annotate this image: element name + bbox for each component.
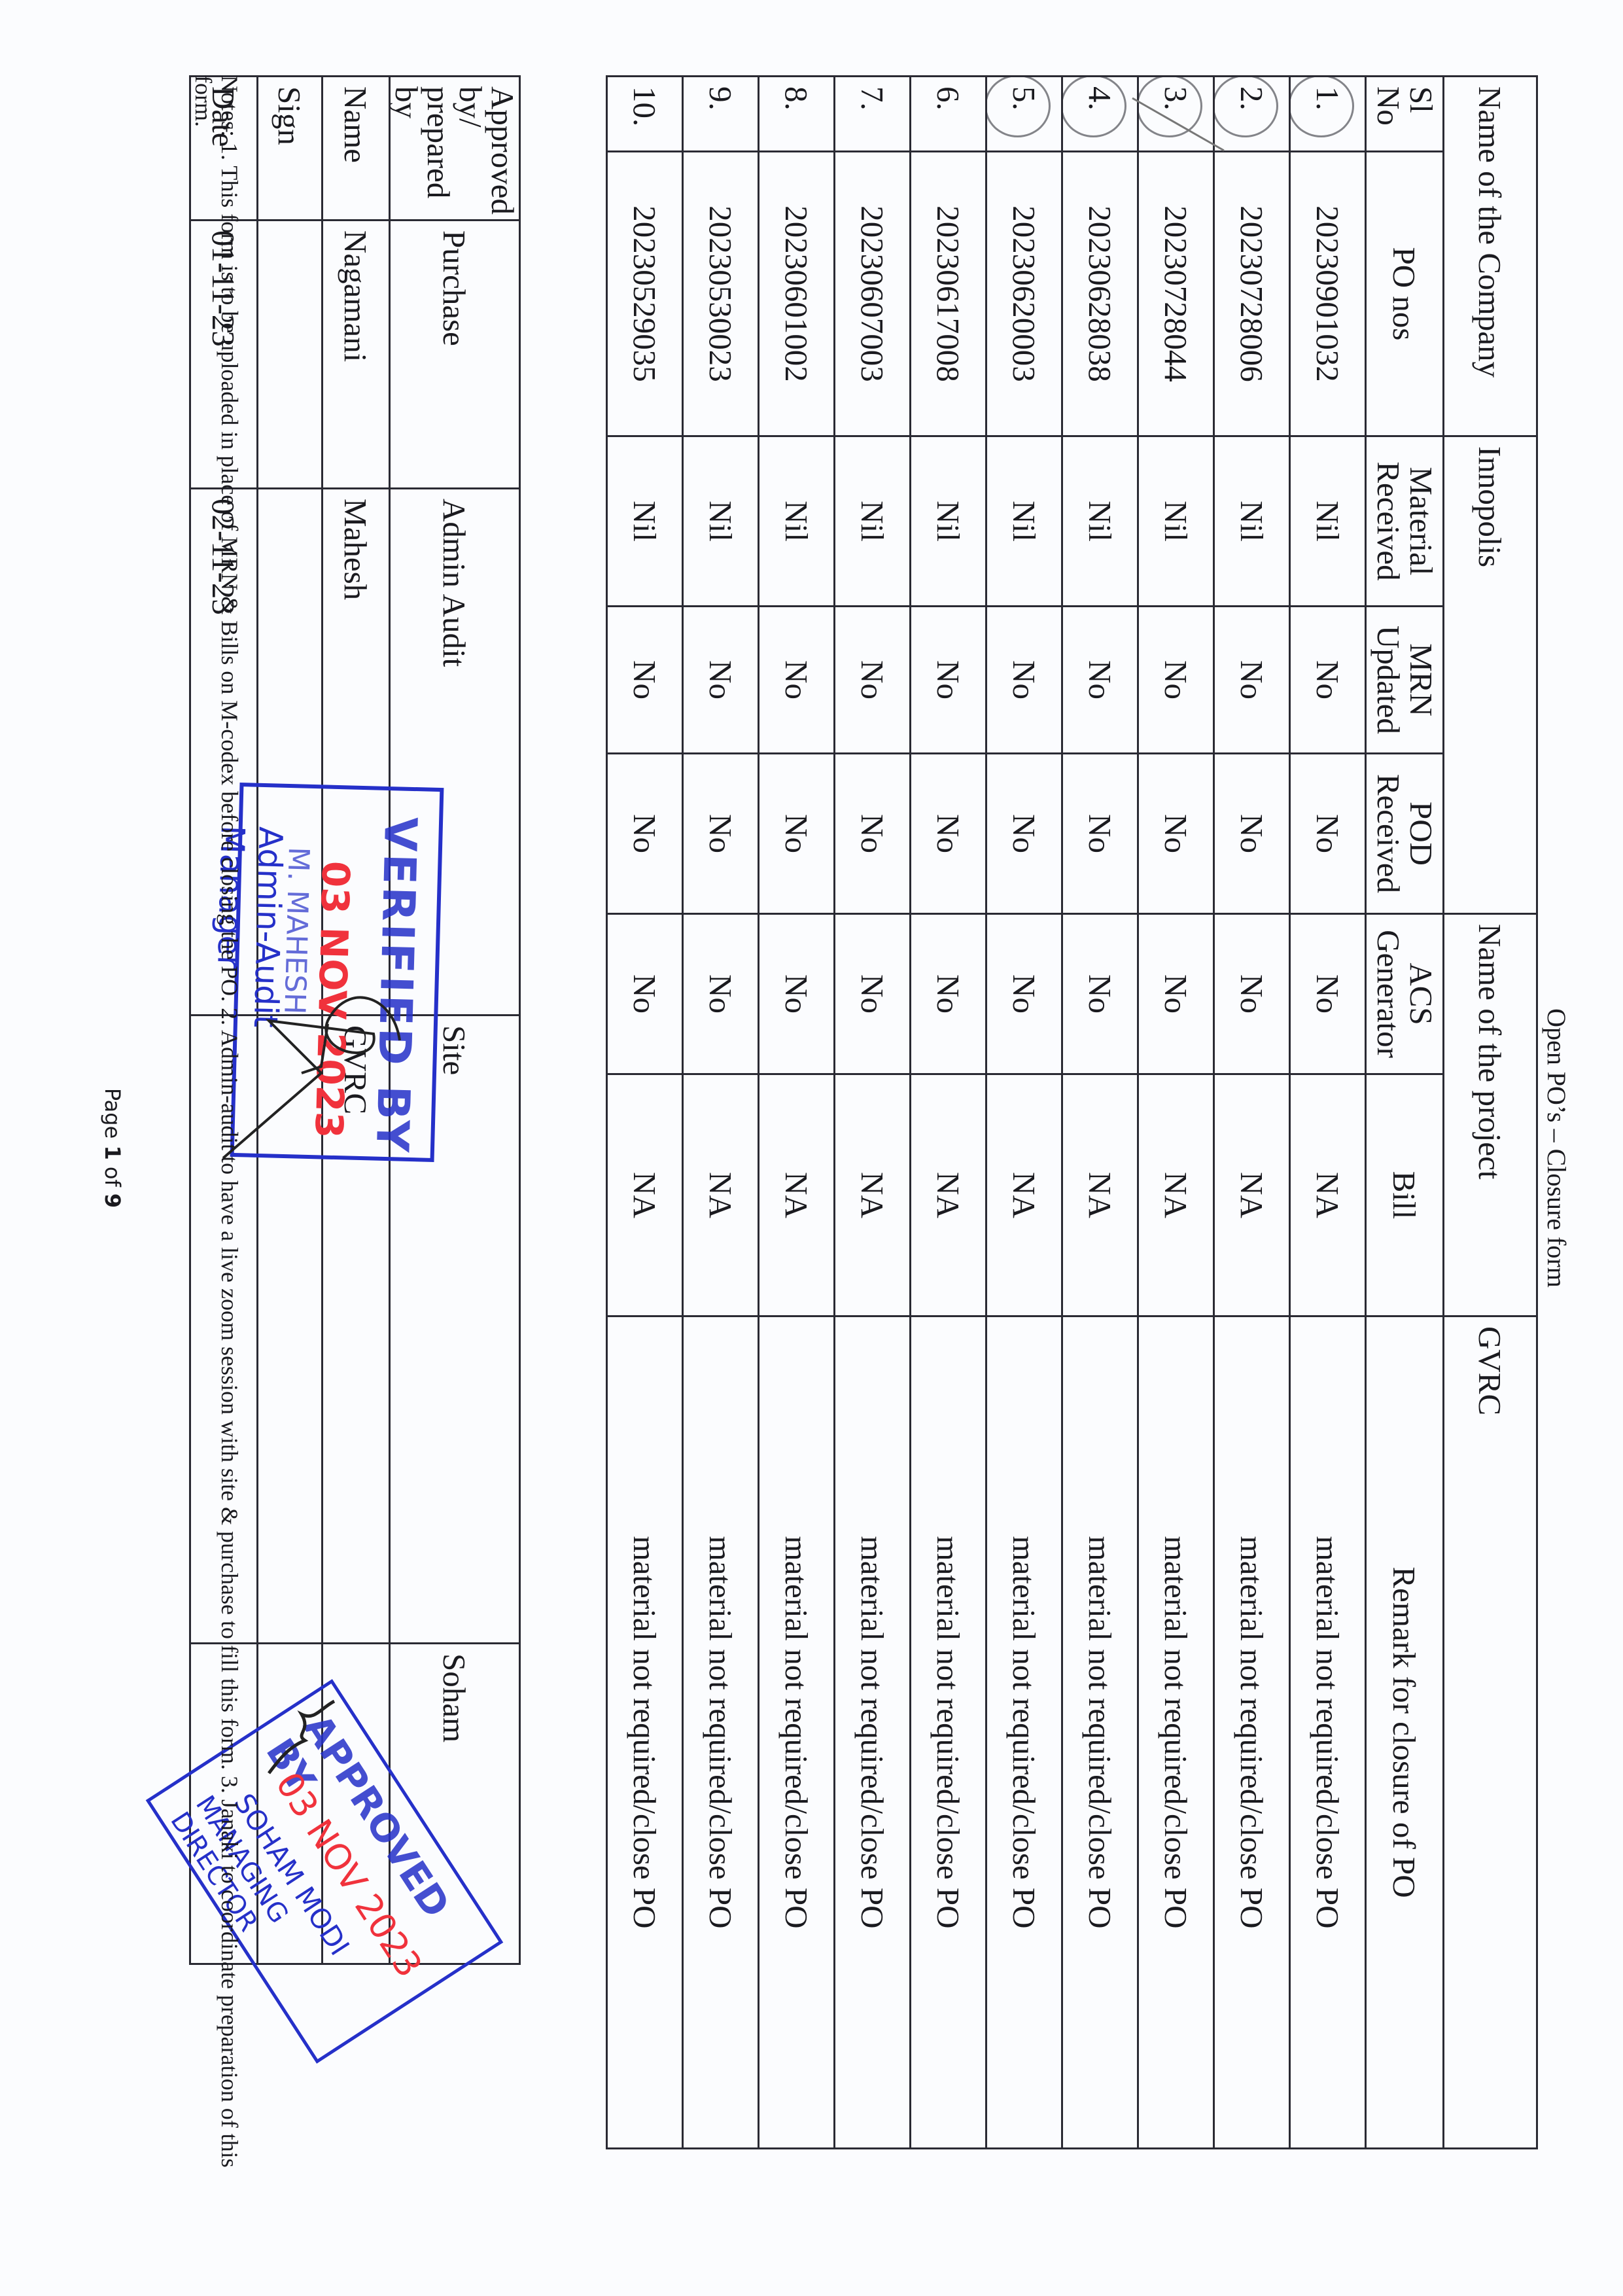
bill-cell: NA bbox=[835, 1074, 911, 1316]
col-pod-header: PODReceived bbox=[1366, 754, 1444, 914]
po-number-cell: 20230728044 bbox=[1138, 152, 1214, 436]
table-row: 4.20230628038NilNoNoNoNAmaterial not req… bbox=[1062, 77, 1138, 2149]
col-mrn-header: MRNUpdated bbox=[1366, 607, 1444, 754]
remark-cell: material not required/close PO bbox=[911, 1316, 986, 2149]
po-number-cell: 20230628038 bbox=[1062, 152, 1138, 436]
col-bill-header: Bill bbox=[1366, 1074, 1444, 1316]
material-received-cell: Nil bbox=[835, 436, 911, 607]
sl-cell: 10. bbox=[607, 77, 683, 152]
approval-row-label: Sign bbox=[258, 77, 323, 221]
approval-sign-cell bbox=[258, 221, 323, 489]
col-material-header: MaterialReceived bbox=[1366, 436, 1444, 607]
table-row: 1.20230901032NilNoNoNoNAmaterial not req… bbox=[1290, 77, 1366, 2149]
bill-cell: NA bbox=[986, 1074, 1062, 1316]
material-received-cell: Nil bbox=[986, 436, 1062, 607]
col-po-header: PO nos bbox=[1366, 152, 1444, 436]
acs-generator-cell: No bbox=[683, 914, 759, 1074]
pod-received-cell: No bbox=[1214, 754, 1290, 914]
mrn-updated-cell: No bbox=[1290, 607, 1366, 754]
mrn-updated-cell: No bbox=[1062, 607, 1138, 754]
mrn-updated-cell: No bbox=[759, 607, 835, 754]
approval-row-label: Name bbox=[323, 77, 390, 221]
material-received-cell: Nil bbox=[911, 436, 986, 607]
pod-received-cell: No bbox=[986, 754, 1062, 914]
acs-generator-cell: No bbox=[835, 914, 911, 1074]
material-received-cell: Nil bbox=[1290, 436, 1366, 607]
po-number-cell: 20230728006 bbox=[1214, 152, 1290, 436]
po-number-cell: 20230901032 bbox=[1290, 152, 1366, 436]
remark-cell: material not required/close PO bbox=[1290, 1316, 1366, 2149]
director-signature-icon bbox=[262, 1695, 341, 1780]
acs-generator-cell: No bbox=[1138, 914, 1214, 1074]
po-number-cell: 20230530023 bbox=[683, 152, 759, 436]
acs-generator-cell: No bbox=[1214, 914, 1290, 1074]
pod-received-cell: No bbox=[911, 754, 986, 914]
bill-cell: NA bbox=[683, 1074, 759, 1316]
col-remark-header: Remark for closure of PO bbox=[1366, 1316, 1444, 2149]
remark-cell: material not required/close PO bbox=[759, 1316, 835, 2149]
col-acs-header: ACSGenerator bbox=[1366, 914, 1444, 1074]
remark-cell: material not required/close PO bbox=[1062, 1316, 1138, 2149]
remark-cell: material not required/close PO bbox=[607, 1316, 683, 2149]
open-po-table: Name of the Company Innopolis Name of th… bbox=[606, 75, 1538, 2149]
mrn-updated-cell: No bbox=[1138, 607, 1214, 754]
form-title: Open PO’s – Closure form bbox=[1541, 0, 1572, 2296]
approval-name-cell: Nagamani bbox=[323, 221, 390, 489]
table-row: 2.20230728006NilNoNoNoNAmaterial not req… bbox=[1214, 77, 1290, 2149]
table-row: 6.20230617008NilNoNoNoNAmaterial not req… bbox=[911, 77, 986, 2149]
acs-generator-cell: No bbox=[1062, 914, 1138, 1074]
mrn-updated-cell: No bbox=[986, 607, 1062, 754]
table-row: 5.20230620003NilNoNoNoNAmaterial not req… bbox=[986, 77, 1062, 2149]
pencil-circle-icon bbox=[1290, 77, 1355, 138]
col-sl-header: SlNo bbox=[1366, 77, 1444, 152]
table-row: 7.20230607003NilNoNoNoNAmaterial not req… bbox=[835, 77, 911, 2149]
po-number-cell: 20230601002 bbox=[759, 152, 835, 436]
pod-received-cell: No bbox=[1062, 754, 1138, 914]
pod-received-cell: No bbox=[683, 754, 759, 914]
sl-cell: 7. bbox=[835, 77, 911, 152]
pencil-circle-icon bbox=[1062, 77, 1127, 138]
mrn-updated-cell: No bbox=[835, 607, 911, 754]
bill-cell: NA bbox=[607, 1074, 683, 1316]
pod-received-cell: No bbox=[759, 754, 835, 914]
company-label: Name of the Company bbox=[1444, 77, 1537, 436]
pencil-circle-icon bbox=[986, 77, 1051, 138]
material-received-cell: Nil bbox=[759, 436, 835, 607]
pod-received-cell: No bbox=[1138, 754, 1214, 914]
table-row: 9.20230530023NilNoNoNoNAmaterial not req… bbox=[683, 77, 759, 2149]
mrn-updated-cell: No bbox=[911, 607, 986, 754]
remark-cell: material not required/close PO bbox=[683, 1316, 759, 2149]
remark-cell: material not required/close PO bbox=[986, 1316, 1062, 2149]
pod-received-cell: No bbox=[835, 754, 911, 914]
material-received-cell: Nil bbox=[683, 436, 759, 607]
material-received-cell: Nil bbox=[607, 436, 683, 607]
acs-generator-cell: No bbox=[607, 914, 683, 1074]
sl-cell: 1. bbox=[1290, 77, 1366, 152]
table-row: 10.20230529035NilNoNoNoNAmaterial not re… bbox=[607, 77, 683, 2149]
pencil-tick-icon bbox=[1119, 79, 1230, 157]
remark-cell: material not required/close PO bbox=[1214, 1316, 1290, 2149]
acs-generator-cell: No bbox=[986, 914, 1062, 1074]
bill-cell: NA bbox=[1290, 1074, 1366, 1316]
mrn-updated-cell: No bbox=[607, 607, 683, 754]
table-row: 8.20230601002NilNoNoNoNAmaterial not req… bbox=[759, 77, 835, 2149]
table-row: 3.20230728044NilNoNoNoNAmaterial not req… bbox=[1138, 77, 1214, 2149]
project-label: Name of the project bbox=[1444, 914, 1537, 1316]
sl-cell: 5. bbox=[986, 77, 1062, 152]
po-number-cell: 20230620003 bbox=[986, 152, 1062, 436]
form-notes: Notes: 1. This form is to be uploaded in… bbox=[190, 75, 243, 2221]
sl-cell: 8. bbox=[759, 77, 835, 152]
approval-row-label: Approved by/ prepared by bbox=[390, 77, 520, 221]
remark-cell: material not required/close PO bbox=[1138, 1316, 1214, 2149]
acs-generator-cell: No bbox=[759, 914, 835, 1074]
bill-cell: NA bbox=[911, 1074, 986, 1316]
bill-cell: NA bbox=[1062, 1074, 1138, 1316]
material-received-cell: Nil bbox=[1138, 436, 1214, 607]
bill-cell: NA bbox=[1214, 1074, 1290, 1316]
sl-cell: 9. bbox=[683, 77, 759, 152]
sl-cell: 6. bbox=[911, 77, 986, 152]
bill-cell: NA bbox=[759, 1074, 835, 1316]
po-number-cell: 20230617008 bbox=[911, 152, 986, 436]
approval-party-role: Purchase bbox=[390, 221, 520, 489]
remark-cell: material not required/close PO bbox=[835, 1316, 911, 2149]
project-value: GVRC bbox=[1444, 1316, 1537, 2149]
material-received-cell: Nil bbox=[1062, 436, 1138, 607]
document-page: Open PO’s – Closure form Name of the Com… bbox=[0, 0, 1623, 2296]
pod-received-cell: No bbox=[607, 754, 683, 914]
pod-received-cell: No bbox=[1290, 754, 1366, 914]
mrn-updated-cell: No bbox=[683, 607, 759, 754]
page-number: Page 1 of 9 bbox=[100, 0, 125, 2296]
acs-generator-cell: No bbox=[911, 914, 986, 1074]
acs-generator-cell: No bbox=[1290, 914, 1366, 1074]
mrn-updated-cell: No bbox=[1214, 607, 1290, 754]
material-received-cell: Nil bbox=[1214, 436, 1290, 607]
po-number-cell: 20230607003 bbox=[835, 152, 911, 436]
po-number-cell: 20230529035 bbox=[607, 152, 683, 436]
company-value: Innopolis bbox=[1444, 436, 1537, 914]
bill-cell: NA bbox=[1138, 1074, 1214, 1316]
